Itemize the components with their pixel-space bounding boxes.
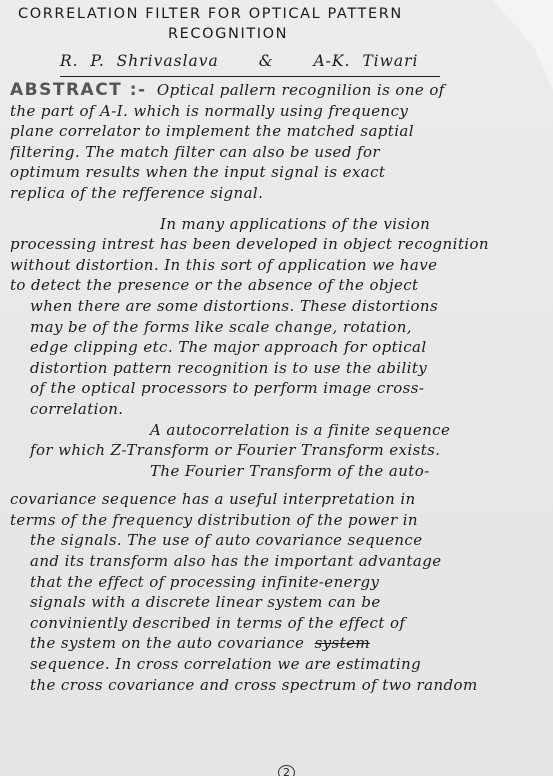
text-line: and its transform also has the important… — [10, 551, 550, 572]
text-line: may be of the forms like scale change, r… — [10, 317, 550, 338]
document-title: CORRELATION FILTER FOR OPTICAL PATTERN R… — [18, 4, 518, 44]
text-line: covariance sequence has a useful interpr… — [10, 489, 550, 510]
spacer — [10, 204, 550, 214]
text-line: sequence. In cross correlation we are es… — [10, 654, 550, 675]
text-line: In many applications of the vision — [10, 214, 550, 235]
text-line: The Fourier Transform of the auto- — [10, 461, 550, 482]
title-line-1: CORRELATION FILTER FOR OPTICAL PATTERN — [18, 6, 403, 22]
spacer — [10, 481, 550, 489]
text-line: plane correlator to implement the matche… — [10, 121, 550, 142]
text-line: edge clipping etc. The major approach fo… — [10, 337, 550, 358]
text-line: distortion pattern recognition is to use… — [10, 358, 550, 379]
text-line: of the optical processors to perform ima… — [10, 378, 550, 399]
text-line: for which Z-Transform or Fourier Transfo… — [10, 440, 550, 461]
text-line: conviniently described in terms of the e… — [10, 613, 550, 634]
text-line: the signals. The use of auto covariance … — [10, 530, 550, 551]
text-line: without distortion. In this sort of appl… — [10, 255, 550, 276]
title-line-2: RECOGNITION — [18, 24, 518, 44]
text-line: signals with a discrete linear system ca… — [10, 592, 550, 613]
author-1: R. P. Shrivaslava — [60, 52, 219, 70]
text-line: correlation. — [10, 399, 550, 420]
authors-line: R. P. Shrivaslava & A-K. Tiwari — [60, 52, 440, 77]
text-line: processing intrest has been developed in… — [10, 234, 550, 255]
abstract-label: ABSTRACT :- — [10, 80, 147, 100]
struck-out-word: system — [315, 634, 370, 652]
author-separator: & — [231, 52, 302, 70]
author-2: A-K. Tiwari — [313, 52, 418, 70]
page-number: 2 — [278, 765, 295, 776]
text-line: the system on the auto covariance system — [10, 633, 550, 654]
text-line: terms of the frequency distribution of t… — [10, 510, 550, 531]
text-line: filtering. The match filter can also be … — [10, 142, 550, 163]
text-line: optimum results when the input signal is… — [10, 162, 550, 183]
text-line: A autocorrelation is a finite sequence — [10, 420, 550, 441]
text-line: when there are some distortions. These d… — [10, 296, 550, 317]
text-line: replica of the refference signal. — [10, 183, 550, 204]
handwritten-page: CORRELATION FILTER FOR OPTICAL PATTERN R… — [0, 0, 553, 776]
abstract-body: ABSTRACT :- Optical pallern recognilion … — [10, 80, 550, 695]
text-line: that the effect of processing infinite-e… — [10, 572, 550, 593]
text-line: the cross covariance and cross spectrum … — [10, 675, 550, 696]
text-line: the part of A-I. which is normally using… — [10, 101, 550, 122]
text-line: ABSTRACT :- Optical pallern recognilion … — [10, 80, 550, 101]
text-line: to detect the presence or the absence of… — [10, 275, 550, 296]
